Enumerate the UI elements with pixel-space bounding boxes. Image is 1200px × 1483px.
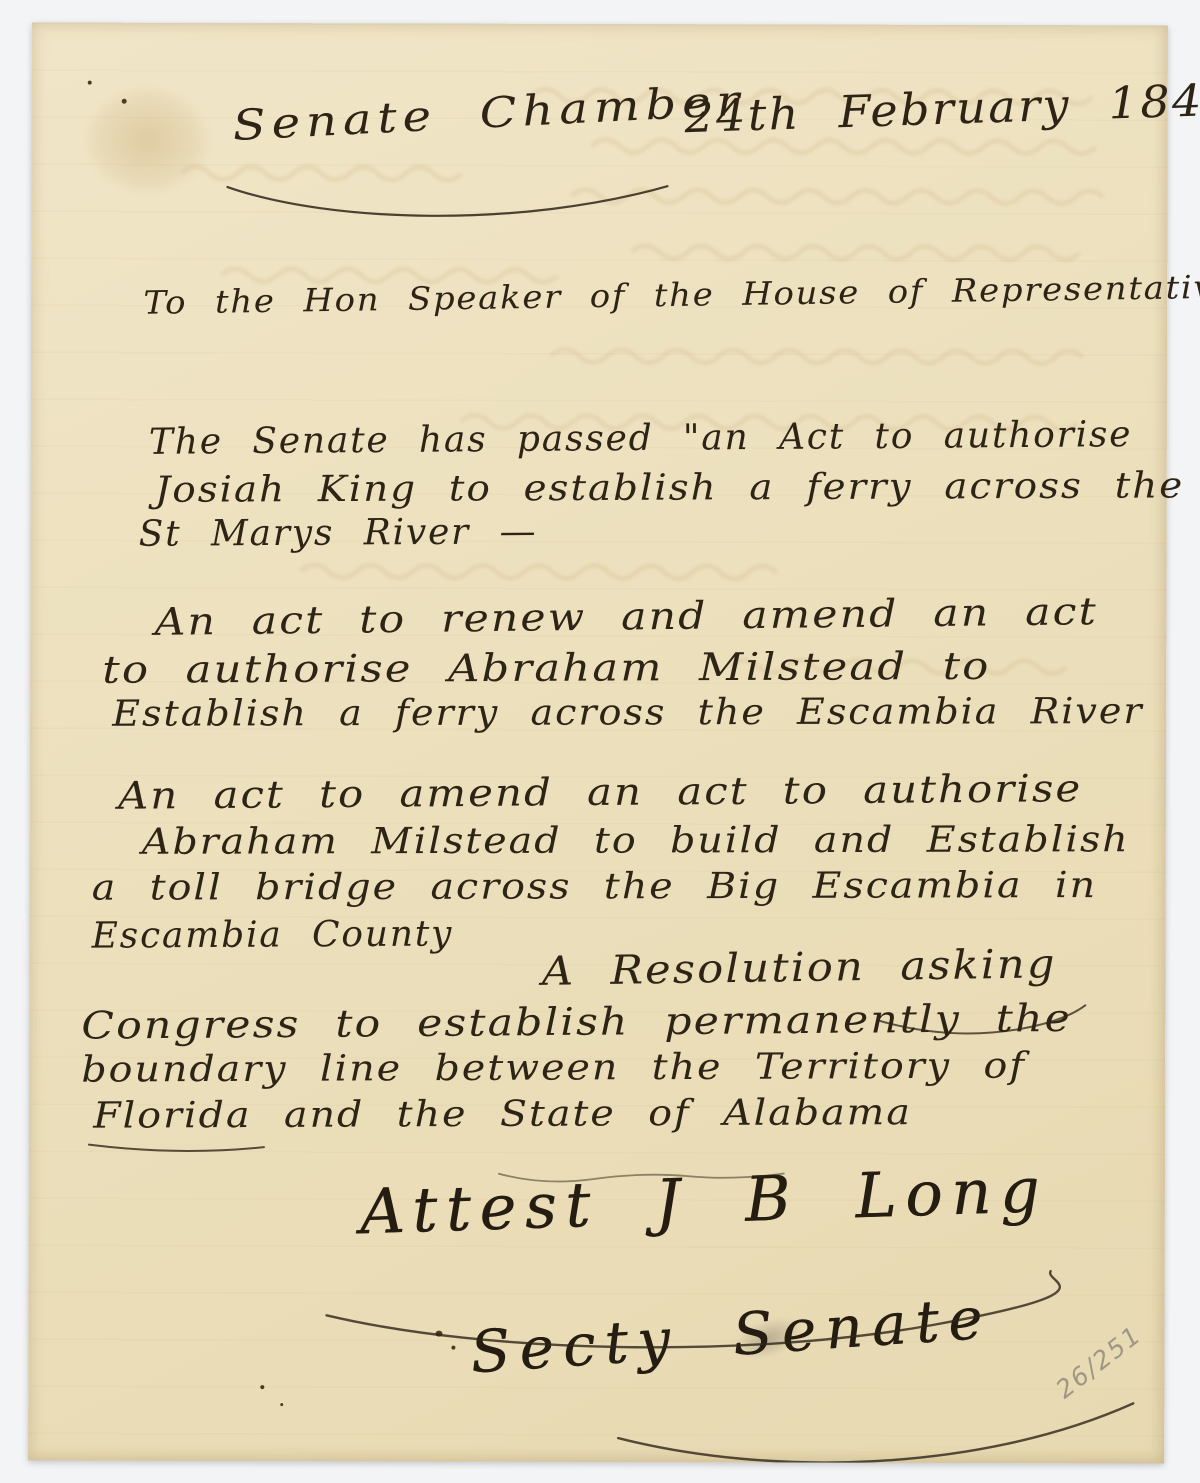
body-line: Establish a ferry across the Escambia Ri… <box>112 694 1143 733</box>
signature-line: Attest J B Long <box>359 1159 1049 1243</box>
body-line: Escambia County <box>92 916 454 954</box>
body-line: Congress to establish permanently the <box>81 999 1072 1045</box>
paper-speck <box>122 99 127 104</box>
ink-blot <box>451 1346 455 1350</box>
body-line: St Marys River — <box>139 514 538 552</box>
body-line: An act to renew and amend an act <box>154 592 1098 641</box>
body-line: a toll bridge across the Big Escambia in <box>92 868 1097 907</box>
body-line: A Resolution asking <box>541 944 1056 992</box>
date-line: 24th February 1843 <box>684 78 1200 140</box>
salutation-line: To the Hon Speaker of the House of Repre… <box>143 270 1200 318</box>
secretary-title-line: Secty Senate <box>468 1289 993 1382</box>
ink-blot <box>280 1403 283 1406</box>
body-line: An act to amend an act to authorise <box>118 769 1082 815</box>
body-line: Josiah King to establish a ferry across … <box>155 468 1185 508</box>
ink-blot <box>435 1331 442 1337</box>
archival-number: 26/251 <box>1050 1320 1147 1404</box>
body-line: Abraham Milstead to build and Establish <box>142 822 1130 861</box>
scanned-document-screenshot: { "colors": { "scan_background": "#f3f4f… <box>0 0 1200 1483</box>
ink-flourish-decoration <box>28 23 1168 1464</box>
letter-page: Senate Chamber 24th February 1843 To the… <box>28 23 1168 1464</box>
paper-stain <box>59 65 234 215</box>
paper-speck <box>88 81 92 85</box>
bleed-through-decoration <box>28 23 1168 1464</box>
body-line: to authorise Abraham Milstead to <box>102 647 990 689</box>
place-line: Senate Chamber <box>232 80 747 147</box>
body-line: boundary line between the Territory of <box>81 1049 1026 1089</box>
body-line: Florida and the State of Alabama <box>93 1095 912 1135</box>
ink-blot <box>260 1385 264 1389</box>
body-line: The Senate has passed "an Act to authori… <box>149 417 1133 461</box>
